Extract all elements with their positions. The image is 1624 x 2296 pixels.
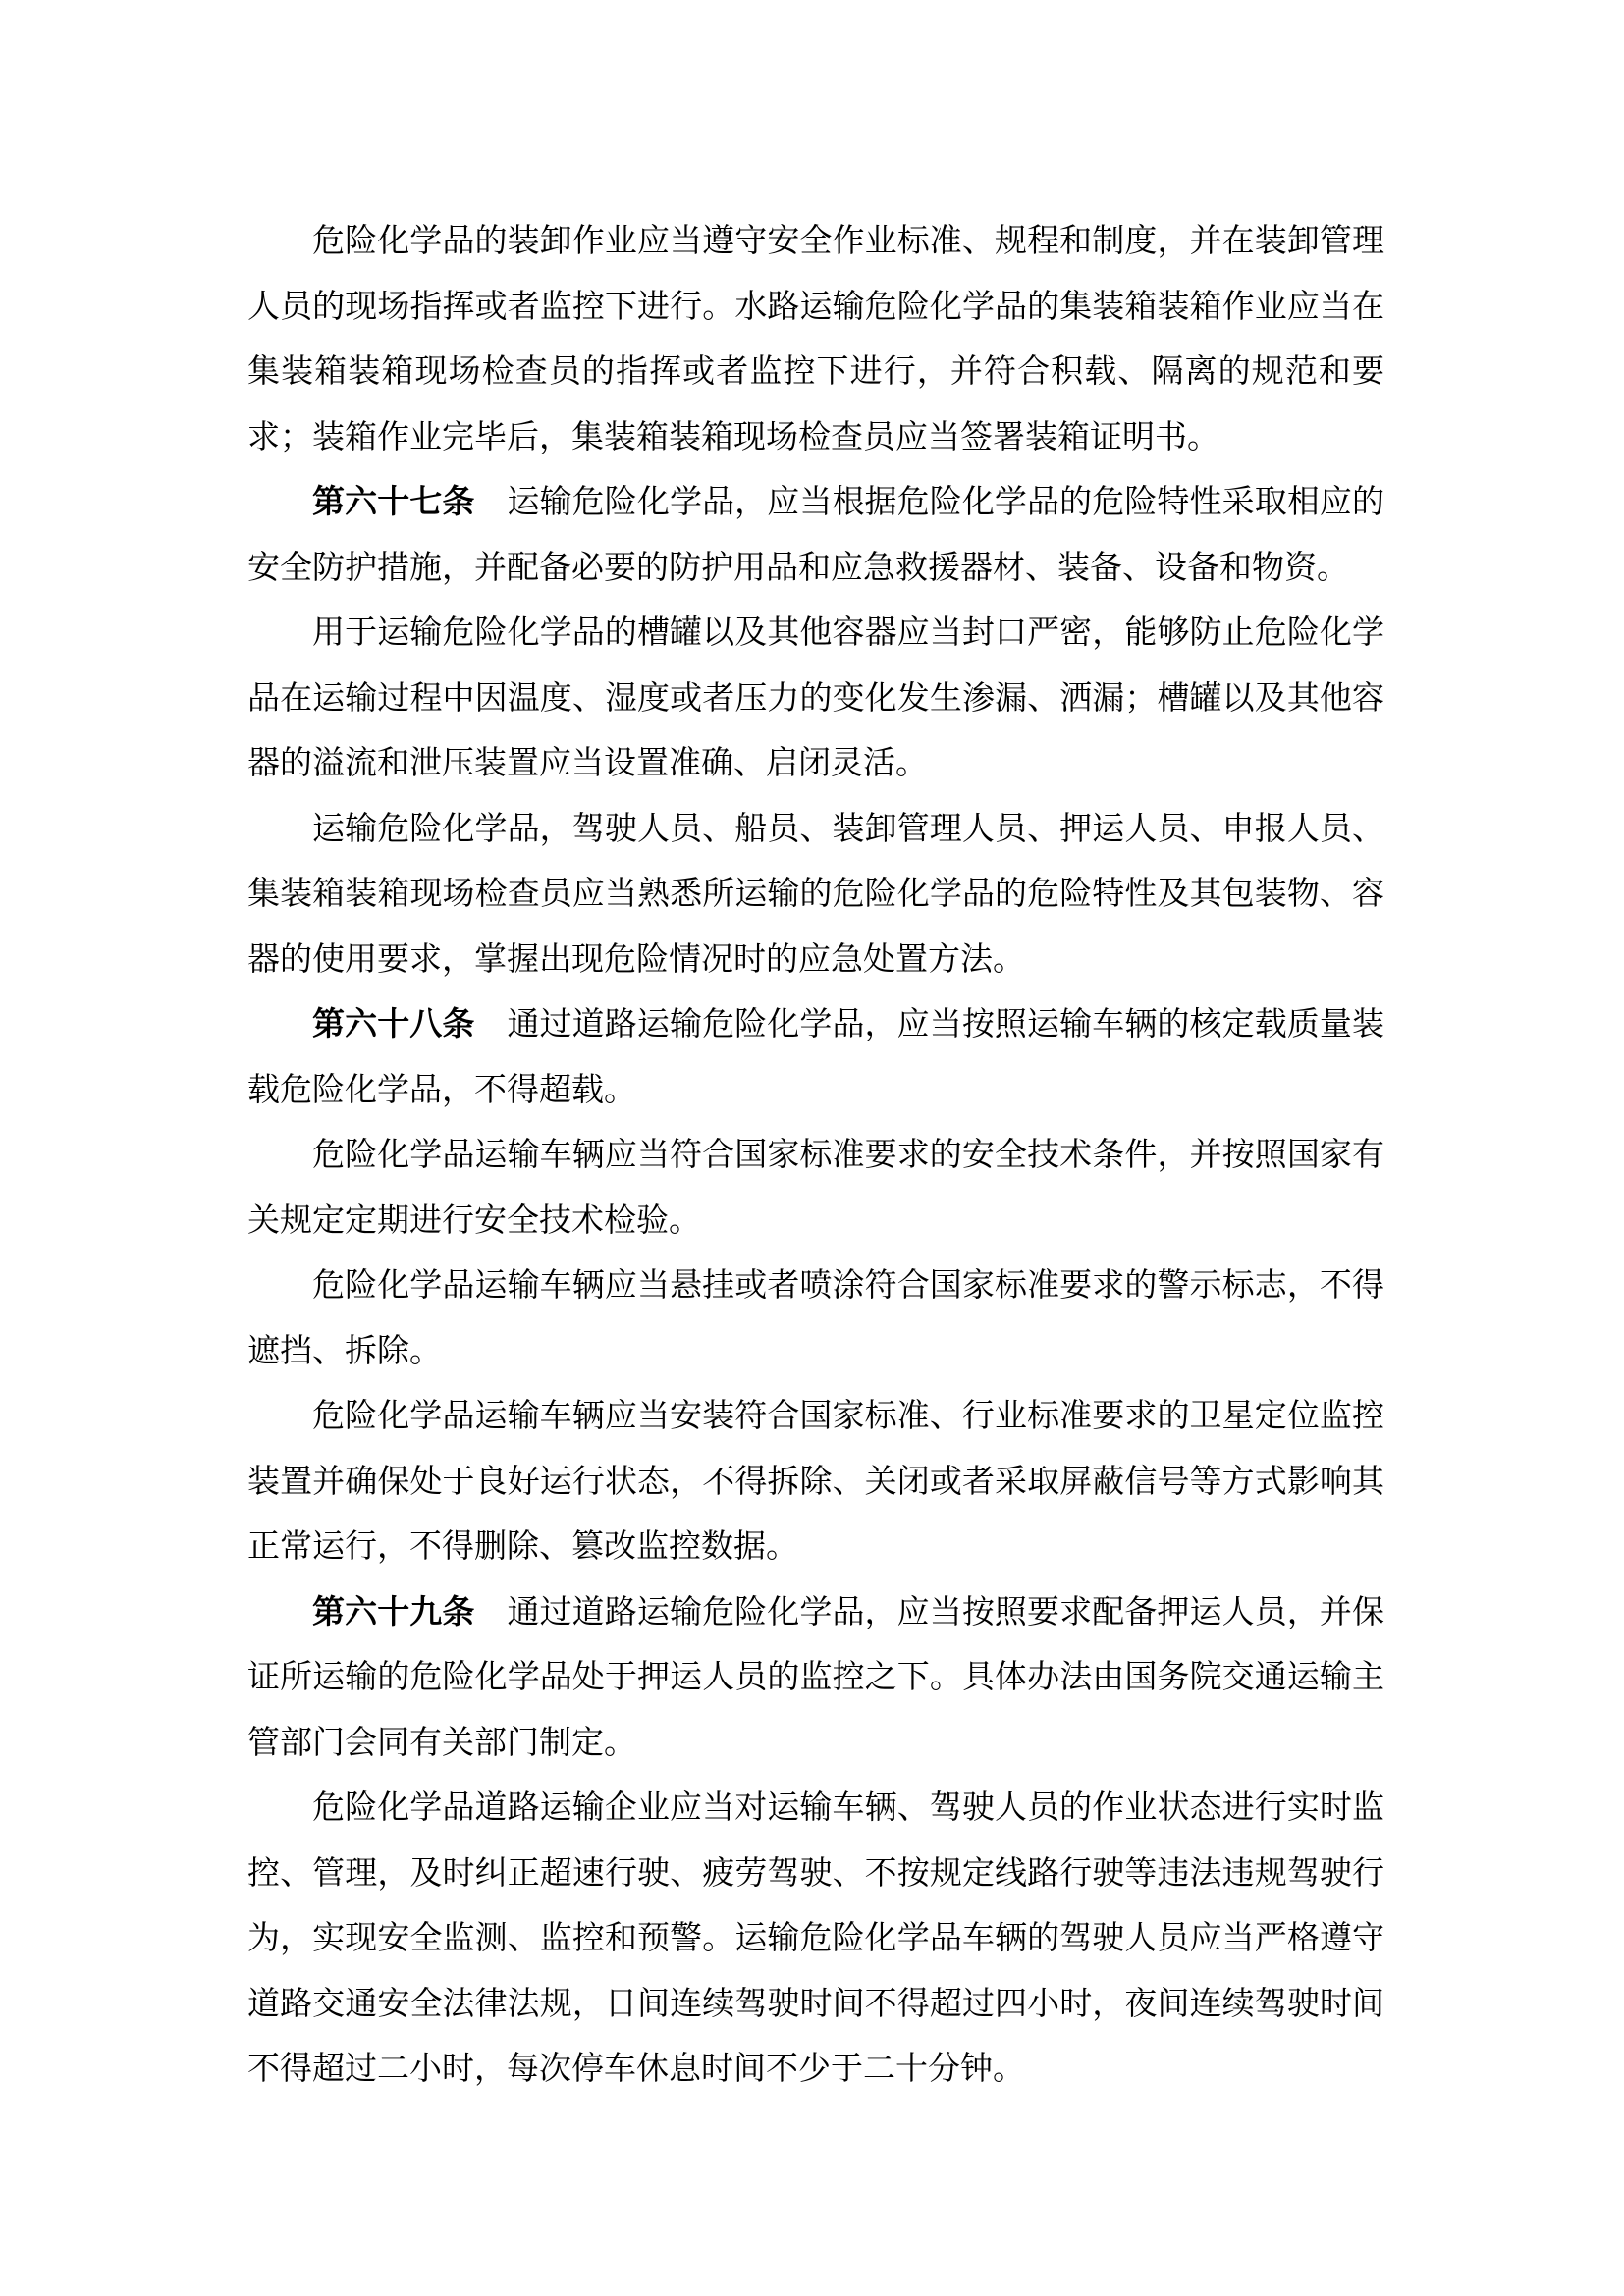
article-number: 第六十九条 bbox=[312, 1595, 474, 1630]
paragraph-text: 危险化学品运输车辆应当安装符合国家标准、行业标准要求的卫星定位监控装置并确保处于… bbox=[247, 1399, 1384, 1565]
paragraph-text: 用于运输危险化学品的槽罐以及其他容器应当封口严密，能够防止危险化学品在运输过程中… bbox=[247, 615, 1384, 781]
paragraph: 危险化学品运输车辆应当符合国家标准要求的安全技术条件，并按照国家有关规定定期进行… bbox=[247, 1123, 1384, 1254]
paragraph-text: 危险化学品道路运输企业应当对运输车辆、驾驶人员的作业状态进行实时监控、管理，及时… bbox=[247, 1790, 1384, 2087]
paragraph-text: 危险化学品运输车辆应当符合国家标准要求的安全技术条件，并按照国家有关规定定期进行… bbox=[247, 1138, 1384, 1239]
paragraph: 危险化学品的装卸作业应当遵守安全作业标准、规程和制度，并在装卸管理人员的现场指挥… bbox=[247, 209, 1384, 470]
article-number: 第六十八条 bbox=[312, 1007, 474, 1042]
paragraph-text: 危险化学品运输车辆应当悬挂或者喷涂符合国家标准要求的警示标志，不得遮挡、拆除。 bbox=[247, 1268, 1384, 1369]
paragraph: 用于运输危险化学品的槽罐以及其他容器应当封口严密，能够防止危险化学品在运输过程中… bbox=[247, 601, 1384, 797]
article-number: 第六十七条 bbox=[312, 485, 474, 520]
paragraph-text: 危险化学品的装卸作业应当遵守安全作业标准、规程和制度，并在装卸管理人员的现场指挥… bbox=[247, 224, 1384, 455]
paragraph-text: 运输危险化学品，驾驶人员、船员、装卸管理人员、押运人员、申报人员、集装箱装箱现场… bbox=[247, 812, 1384, 978]
paragraph: 危险化学品运输车辆应当悬挂或者喷涂符合国家标准要求的警示标志，不得遮挡、拆除。 bbox=[247, 1254, 1384, 1384]
paragraph: 危险化学品道路运输企业应当对运输车辆、驾驶人员的作业状态进行实时监控、管理，及时… bbox=[247, 1776, 1384, 2103]
paragraph: 第六十七条运输危险化学品，应当根据危险化学品的危险特性采取相应的安全防护措施，并… bbox=[247, 470, 1384, 601]
paragraph: 第六十八条通过道路运输危险化学品，应当按照运输车辆的核定载质量装载危险化学品，不… bbox=[247, 992, 1384, 1123]
document-page: 危险化学品的装卸作业应当遵守安全作业标准、规程和制度，并在装卸管理人员的现场指挥… bbox=[0, 0, 1624, 2296]
paragraph: 第六十九条通过道路运输危险化学品，应当按照要求配备押运人员，并保证所运输的危险化… bbox=[247, 1580, 1384, 1777]
paragraph: 运输危险化学品，驾驶人员、船员、装卸管理人员、押运人员、申报人员、集装箱装箱现场… bbox=[247, 797, 1384, 993]
document-body-text: 危险化学品的装卸作业应当遵守安全作业标准、规程和制度，并在装卸管理人员的现场指挥… bbox=[247, 209, 1384, 2103]
paragraph: 危险化学品运输车辆应当安装符合国家标准、行业标准要求的卫星定位监控装置并确保处于… bbox=[247, 1384, 1384, 1580]
